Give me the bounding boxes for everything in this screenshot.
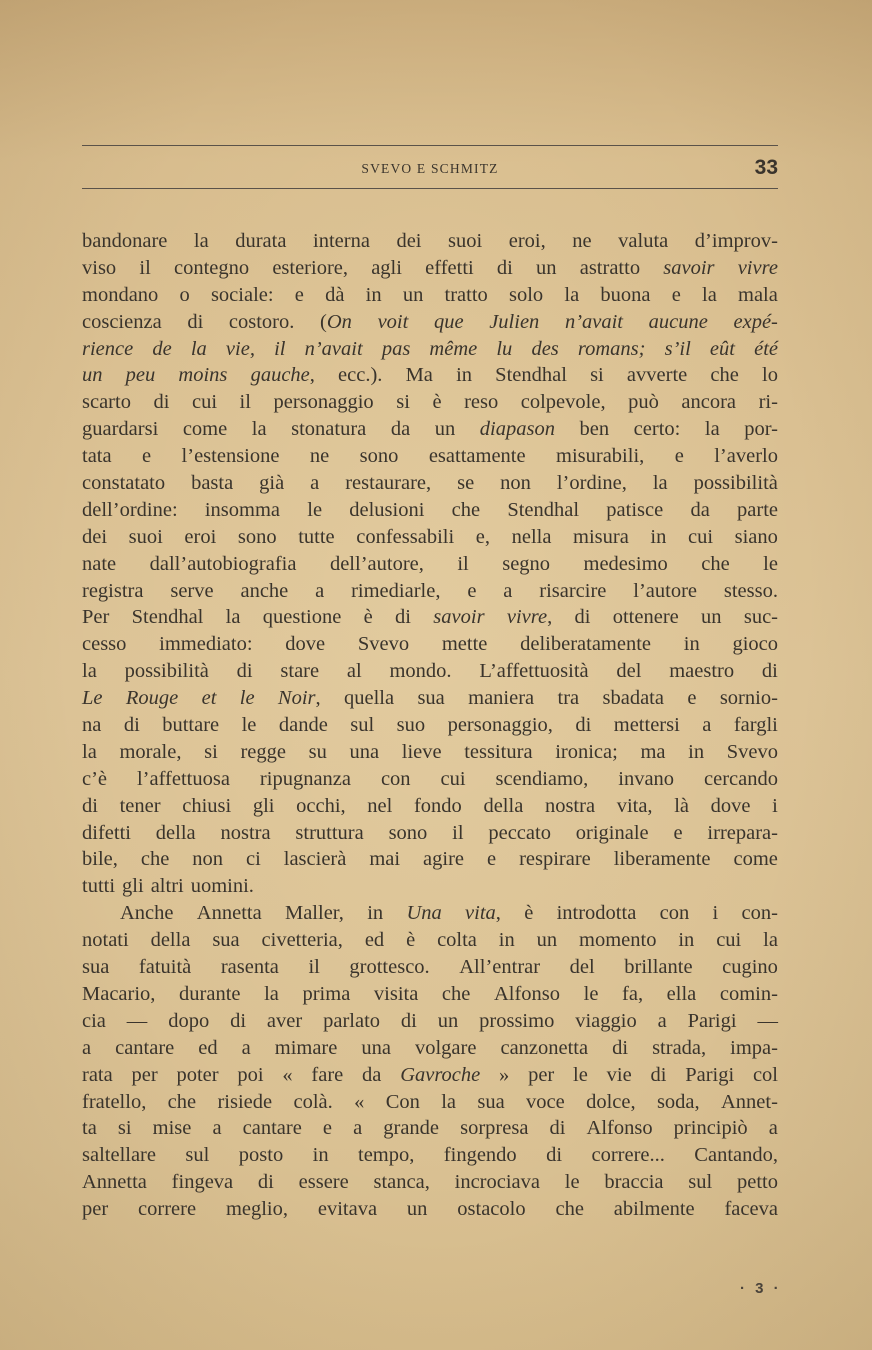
running-title: SVEVO E SCHMITZ (82, 161, 778, 177)
word: scarto (82, 389, 131, 416)
body-text: bandonareladuratainternadeisuoieroi,neva… (82, 228, 778, 1223)
word: la (226, 604, 241, 631)
word: e (672, 282, 681, 309)
word: insomma (205, 497, 280, 524)
word: voce (526, 1089, 565, 1116)
word: nate (82, 551, 116, 578)
word: n’avait (305, 336, 363, 363)
text-line: natedall’autobiografiadell’autore,ilsegn… (82, 551, 778, 578)
word: di (82, 793, 98, 820)
word: momento (579, 927, 656, 954)
word: la (252, 416, 267, 443)
word: che (452, 497, 480, 524)
word: cia (82, 1008, 106, 1035)
word: Le (82, 685, 103, 712)
word: aucune (649, 309, 708, 336)
word: constatato (82, 470, 165, 497)
word: rimediarle, (351, 578, 440, 605)
word: viso (82, 255, 116, 282)
word: petto (737, 1169, 778, 1196)
word: abilmente (614, 1196, 695, 1223)
text-line: lamorale,sireggesuunalievetessituraironi… (82, 739, 778, 766)
word: All’entrar (459, 954, 540, 981)
word: s’il (665, 336, 691, 363)
word: in (688, 739, 704, 766)
word: al (347, 658, 362, 685)
text-line: suafatuitàrasentailgrottesco.All’entrard… (82, 954, 778, 981)
text-line: notatidellasuacivetteria,edècoltainunmom… (82, 927, 778, 954)
word: una (350, 739, 380, 766)
word: fargli (734, 712, 778, 739)
word: dove (285, 631, 325, 658)
word: il (452, 820, 463, 847)
word: n’avait (565, 309, 623, 336)
word: notati (82, 927, 129, 954)
running-head: SVEVO E SCHMITZ 33 (82, 158, 778, 180)
word: cesso (82, 631, 126, 658)
text-line: registraserveanchearimediarle,earisarcir… (82, 578, 778, 605)
word: expé- (734, 309, 778, 336)
word: si (396, 389, 410, 416)
word: ostacolo (457, 1196, 525, 1223)
word: solo (509, 282, 543, 309)
word: cantare (115, 1035, 174, 1062)
word: invano (618, 766, 674, 793)
word: fatuità (139, 954, 191, 981)
word: e (295, 282, 304, 309)
word: di (230, 1008, 246, 1035)
header-rule-top (82, 145, 778, 146)
word: l’estensione (182, 443, 280, 470)
text-line: ditenerchiusigliocchi,nelfondodellanostr… (82, 793, 778, 820)
word: savoir (663, 255, 714, 282)
word: è (364, 604, 373, 631)
word: peccato (488, 820, 551, 847)
word: tra (558, 685, 580, 712)
word: « (282, 1062, 292, 1089)
word: tratto (445, 282, 488, 309)
word: l’affettuosa (137, 766, 230, 793)
word: reso (464, 389, 498, 416)
word: des (531, 336, 558, 363)
word: delusioni (349, 497, 424, 524)
word: di (762, 658, 778, 685)
word: incrociava (455, 1169, 540, 1196)
word: gioco (732, 631, 778, 658)
word: strada, (652, 1035, 706, 1062)
word: la (441, 1089, 456, 1116)
word: nel (367, 793, 392, 820)
word: dove (711, 793, 751, 820)
word: le (242, 712, 257, 739)
word: mettersi (614, 712, 680, 739)
word: che (701, 551, 729, 578)
word: ri- (759, 389, 778, 416)
word: medesimo (584, 551, 668, 578)
text-line: c’èl’affettuosaripugnanzaconcuiscendiamo… (82, 766, 778, 793)
word: été (754, 336, 778, 363)
word: saltellare (82, 1142, 156, 1169)
word: c’è (82, 766, 107, 793)
word: le (240, 685, 255, 712)
word: Stendhal (507, 497, 579, 524)
word: costoro. (229, 309, 294, 336)
word: nostra (220, 820, 270, 847)
word: a (769, 1115, 778, 1142)
word: vivre (738, 255, 778, 282)
word: e (467, 578, 476, 605)
header-rule-bottom (82, 188, 778, 189)
word: occhi, (296, 793, 346, 820)
word: della (156, 820, 196, 847)
word: voit (378, 309, 409, 336)
word: in (313, 1142, 329, 1169)
word: civetteria, (262, 927, 343, 954)
word: ed (365, 927, 384, 954)
text-line: cessoimmediato:doveSvevomettedeliberatam… (82, 631, 778, 658)
word: Una (406, 900, 441, 927)
word: cercando (704, 766, 778, 793)
word: e, (476, 524, 490, 551)
word: un (438, 1008, 459, 1035)
word: valuta (618, 228, 668, 255)
word: Ma (406, 362, 433, 389)
word: viaggio (575, 1008, 637, 1035)
word: avverte (627, 362, 687, 389)
word: segno (502, 551, 550, 578)
word: a (315, 578, 324, 605)
text-line: AncheAnnettaMaller,inUnavita,èintrodotta… (82, 900, 778, 927)
word: Parigi (688, 1008, 737, 1035)
word: le (565, 1169, 580, 1196)
word: si (118, 1115, 132, 1142)
word: braccia (604, 1169, 663, 1196)
word: durata (235, 228, 286, 255)
word: sul (688, 1169, 712, 1196)
word: L’affettuosità (479, 658, 588, 685)
word: tener (120, 793, 161, 820)
word: stesso. (724, 578, 778, 605)
word: buona (600, 282, 650, 309)
word: maniera (468, 685, 534, 712)
word: un (407, 1196, 428, 1223)
word: que (434, 309, 464, 336)
word: fa, (622, 981, 643, 1008)
word: moins (178, 362, 227, 389)
word: a (702, 712, 711, 739)
text-line: nadibuttareledandesulsuopersonaggio,dime… (82, 712, 778, 739)
word: di (546, 1142, 562, 1169)
word: e (323, 1115, 332, 1142)
word: in (499, 927, 515, 954)
word: la (564, 282, 579, 309)
word: struttura (295, 820, 363, 847)
word: sua (477, 1089, 504, 1116)
word: in (684, 631, 700, 658)
word: è (406, 927, 415, 954)
word: dà (325, 282, 344, 309)
word: già (259, 470, 284, 497)
word: si (590, 362, 604, 389)
word: rasenta (221, 954, 279, 981)
word: meglio, (226, 1196, 288, 1223)
word: la (763, 927, 778, 954)
word: le (763, 551, 778, 578)
word: vita, (465, 900, 501, 927)
word: anche (240, 578, 288, 605)
word: effetti (425, 255, 474, 282)
text-line: coscienzadicostoro.(OnvoitqueJulienn’ava… (82, 309, 778, 336)
word: correre (138, 1196, 196, 1223)
word: come (183, 416, 227, 443)
word: di (258, 1169, 274, 1196)
word: rience (82, 336, 133, 363)
word: che (168, 1089, 196, 1116)
word: fratello, (82, 1089, 146, 1116)
word: contegno (174, 255, 249, 282)
word: un (403, 282, 424, 309)
word: ci (246, 846, 261, 873)
word: la (191, 336, 207, 363)
word: risiede (217, 1089, 272, 1116)
word: misurabili, (556, 443, 644, 470)
word: chiusi (182, 793, 231, 820)
word: cui (192, 389, 217, 416)
text-line: tuttiglialtriuomini. (82, 873, 778, 900)
word: registra (82, 578, 143, 605)
word: maestro (669, 658, 734, 685)
text-line: unpeumoinsgauche,ecc.).MainStendhalsiavv… (82, 362, 778, 389)
word: coscienza (82, 309, 162, 336)
word: che (442, 981, 470, 1008)
word: confessabili (356, 524, 454, 551)
word: di (650, 1062, 666, 1089)
word: ecc.). (338, 362, 382, 389)
word: dell’autore, (330, 551, 424, 578)
word: gli (122, 873, 144, 900)
word: Cantando, (694, 1142, 778, 1169)
word: vie, (226, 336, 255, 363)
word: del (570, 954, 595, 981)
word: una (361, 1035, 391, 1062)
word: le (573, 1062, 588, 1089)
word: di (574, 604, 590, 631)
word: (On (320, 309, 352, 336)
text-line: bile,chenoncilascieràmaiagireerespirarel… (82, 846, 778, 873)
text-line: mondanoosociale:edàinuntrattosololabuona… (82, 282, 778, 309)
word: di (395, 604, 411, 631)
word: la (653, 470, 668, 497)
word: le (307, 497, 322, 524)
word: la (82, 658, 97, 685)
word: agli (371, 255, 402, 282)
word: durante (179, 981, 240, 1008)
word: ben (580, 416, 610, 443)
word: bandonare (82, 228, 167, 255)
word: parte (737, 497, 778, 524)
word: o (180, 282, 190, 309)
word: dande (279, 712, 328, 739)
word: mette (442, 631, 488, 658)
word: nostra (545, 793, 595, 820)
word: l’averlo (714, 443, 778, 470)
word: dei (396, 228, 421, 255)
word: ironica; (555, 739, 618, 766)
word: è (432, 389, 441, 416)
word: ancora (681, 389, 736, 416)
word: sono (238, 524, 277, 551)
word: sua (82, 954, 109, 981)
text-line: saltellaresulpostointempo,fingendodicorr… (82, 1142, 778, 1169)
word: comin- (720, 981, 778, 1008)
word: personaggio (273, 389, 373, 416)
word: essere (299, 1169, 349, 1196)
signature-mark: · 3 · (740, 1280, 782, 1297)
word: Annetta (197, 900, 262, 927)
word: per (82, 1196, 108, 1223)
word: colà. (293, 1089, 332, 1116)
word: vie (607, 1062, 632, 1089)
word: — (127, 1008, 148, 1035)
word: respirare (519, 846, 591, 873)
text-line: tatael’estensionenesonoesattamentemisura… (82, 443, 778, 470)
word: possibilità (125, 658, 209, 685)
word: parlato (323, 1008, 380, 1035)
word: mise (153, 1115, 192, 1142)
word: il (274, 336, 285, 363)
word: e (675, 443, 684, 470)
word: colpevole, (521, 389, 606, 416)
word: uomini. (191, 873, 254, 900)
word: originale (576, 820, 649, 847)
word: difetti (82, 820, 131, 847)
word: siano (735, 524, 778, 551)
word: tutte (298, 524, 334, 551)
word: por- (744, 416, 778, 443)
word: Svevo (727, 739, 778, 766)
text-line: percorreremeglio,evitavaunostacolocheabi… (82, 1196, 778, 1223)
text-line: PerStendhallaquestioneèdisavoirvivre,dio… (82, 604, 778, 631)
word: un (536, 255, 557, 282)
word: suoi (448, 228, 482, 255)
word: Julien (489, 309, 539, 336)
word: un (435, 416, 456, 443)
word: ne (310, 443, 329, 470)
word: di (187, 309, 203, 336)
word: a (82, 1035, 91, 1062)
text-line: LeRougeetleNoir,quellasuamanieratrasbada… (82, 685, 778, 712)
word: il (308, 954, 319, 981)
word: è (524, 900, 533, 927)
word: Gavroche (400, 1062, 480, 1089)
word: grottesco. (349, 954, 429, 981)
word: stare (280, 658, 319, 685)
text-line: riencedelavie,iln’avaitpasmêmeludesroman… (82, 336, 778, 363)
word: ma (640, 739, 665, 766)
word: eût (710, 336, 735, 363)
word: il (139, 255, 150, 282)
word: suoi (129, 524, 163, 551)
word: tutti (82, 873, 115, 900)
word: con (381, 766, 411, 793)
word: diapason (480, 416, 555, 443)
word: prima (302, 981, 350, 1008)
word: peu (126, 362, 156, 389)
word: di (237, 658, 253, 685)
word: di (153, 389, 169, 416)
word: a (310, 470, 319, 497)
word: un (82, 362, 103, 389)
word: eroi (184, 524, 216, 551)
word: come (733, 846, 777, 873)
word: e (142, 443, 151, 470)
text-line: lapossibilitàdistarealmondo.L’affettuosi… (82, 658, 778, 685)
word: et (202, 685, 217, 712)
word: ella (667, 981, 697, 1008)
word: « (354, 1089, 364, 1116)
word: per (528, 1062, 554, 1089)
word: del (616, 658, 641, 685)
word: volgare (415, 1035, 476, 1062)
word: immediato: (159, 631, 252, 658)
word: da (391, 416, 410, 443)
word: evitava (318, 1196, 377, 1223)
word: poter (176, 1062, 218, 1089)
word: savoir (433, 604, 484, 631)
word: i (712, 900, 718, 927)
word: soda, (657, 1089, 700, 1116)
text-line: acantareedamimareunavolgarecanzonettadis… (82, 1035, 778, 1062)
word: » (499, 1062, 509, 1089)
word: posto (239, 1142, 283, 1169)
word: sorpresa (460, 1115, 528, 1142)
word: il (240, 389, 251, 416)
word: sul (350, 712, 374, 739)
word: vita, (617, 793, 653, 820)
word: là (674, 793, 689, 820)
word: lo (762, 362, 778, 389)
word: ripugnanza (260, 766, 351, 793)
text-line: cia—dopodiaverparlatodiunprossimoviaggio… (82, 1008, 778, 1035)
word: di (550, 1115, 566, 1142)
word: Alfonso (587, 1115, 653, 1142)
word: risarcire (539, 578, 606, 605)
word: l’autore (633, 578, 697, 605)
word: mondo. (389, 658, 451, 685)
word: della (151, 927, 191, 954)
word: di (401, 1008, 417, 1035)
word: Maller, (285, 900, 344, 927)
word: a (503, 578, 512, 605)
word: lascierà (284, 846, 347, 873)
word: dolce, (586, 1089, 636, 1116)
word: le (584, 981, 599, 1008)
word: ne (572, 228, 591, 255)
word: de (152, 336, 171, 363)
word: Noir, (278, 685, 321, 712)
word: sociale: (211, 282, 274, 309)
word: regge (240, 739, 286, 766)
word: dopo (168, 1008, 209, 1035)
word: visita (374, 981, 418, 1008)
text-line: difettidellanostrastrutturasonoilpeccato… (82, 820, 778, 847)
word: suo (397, 712, 425, 739)
word: pas (382, 336, 410, 363)
word: patisce (606, 497, 663, 524)
word: col (753, 1062, 778, 1089)
word: esteriore, (272, 255, 348, 282)
word: morale, (119, 739, 181, 766)
